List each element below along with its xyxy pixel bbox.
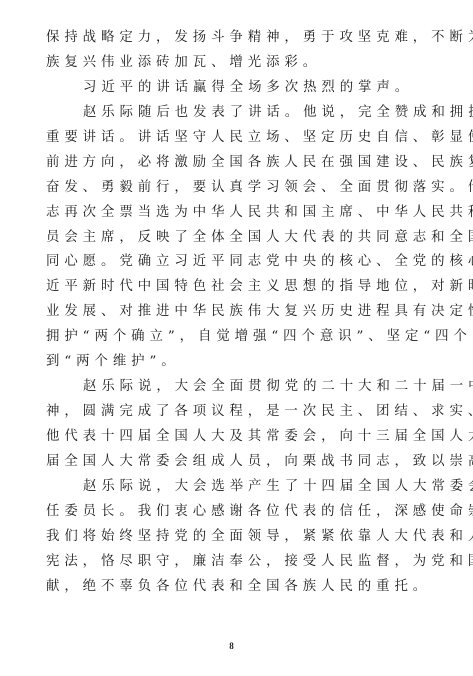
text-line: 同心愿。党确立习近平同志党中央的核心、全党的核心地位，确立习 [46, 250, 418, 275]
text-line: 献，绝不辜负各位代表和全国各族人民的重托。 [46, 575, 418, 600]
text-line: 赵乐际随后也发表了讲话。他说，完全赞成和拥护习近平主席的 [46, 101, 418, 126]
text-line: 前进方向，必将激励全国各族人民在强国建设、民族复兴新征程踔厉 [46, 151, 418, 176]
text-line: 志再次全票当选为中华人民共和国主席、中华人民共和国中央军事委 [46, 201, 418, 226]
text-line: 神，圆满完成了各项议程，是一次民主、团结、求实、奋进的大会。 [46, 400, 418, 425]
page-number: 8 [0, 641, 463, 651]
text-line: 近平新时代中国特色社会主义思想的指导地位，对新时代党和国家事 [46, 275, 418, 300]
document-body: 保持战略定力，发扬斗争精神，勇于攻坚克难，不断为强国建设、民 族复兴伟业添砖加瓦… [46, 26, 418, 600]
text-line: 奋发、勇毅前行，要认真学习领会、全面贯彻落实。他说，习近平同 [46, 176, 418, 201]
text-line: 业发展、对推进中华民族伟大复兴历史进程具有决定性意义。要坚决 [46, 300, 418, 325]
text-line: 到“两个维护”。 [46, 350, 418, 375]
text-line: 拥护“两个确立”，自觉增强“四个意识”、坚定“四个自信”、做 [46, 325, 418, 350]
text-line: 族复兴伟业添砖加瓦、增光添彩。 [46, 51, 418, 76]
text-line: 他代表十四届全国人大及其常委会，向十三届全国人大代表，向十三 [46, 425, 418, 450]
text-line: 赵乐际说，大会选举产生了十四届全国人大常委会，并选举我担 [46, 475, 418, 500]
text-line: 我们将始终坚持党的全面领导，紧紧依靠人大代表和人民群众，尊崇 [46, 525, 418, 550]
text-line: 保持战略定力，发扬斗争精神，勇于攻坚克难，不断为强国建设、民 [46, 26, 418, 51]
text-line: 任委员长。我们衷心感谢各位代表的信任，深感使命崇高、责任重大。 [46, 500, 418, 525]
text-line: 届全国人大常委会组成人员，向栗战书同志，致以崇高的敬意！ [46, 450, 418, 475]
text-line: 员会主席，反映了全体全国人大代表的共同意志和全国各族人民的共 [46, 226, 418, 251]
text-line: 赵乐际说，大会全面贯彻党的二十大和二十届一中、二中全会精 [46, 375, 418, 400]
text-line: 重要讲话。讲话坚守人民立场、坚定历史自信、彰显使命担当、指引 [46, 126, 418, 151]
text-line: 宪法，恪尽职守，廉洁奉公，接受人民监督，为党和国家事业竭诚奉 [46, 550, 418, 575]
text-line: 习近平的讲话赢得全场多次热烈的掌声。 [46, 76, 418, 101]
document-page: 保持战略定力，发扬斗争精神，勇于攻坚克难，不断为强国建设、民 族复兴伟业添砖加瓦… [0, 0, 473, 676]
